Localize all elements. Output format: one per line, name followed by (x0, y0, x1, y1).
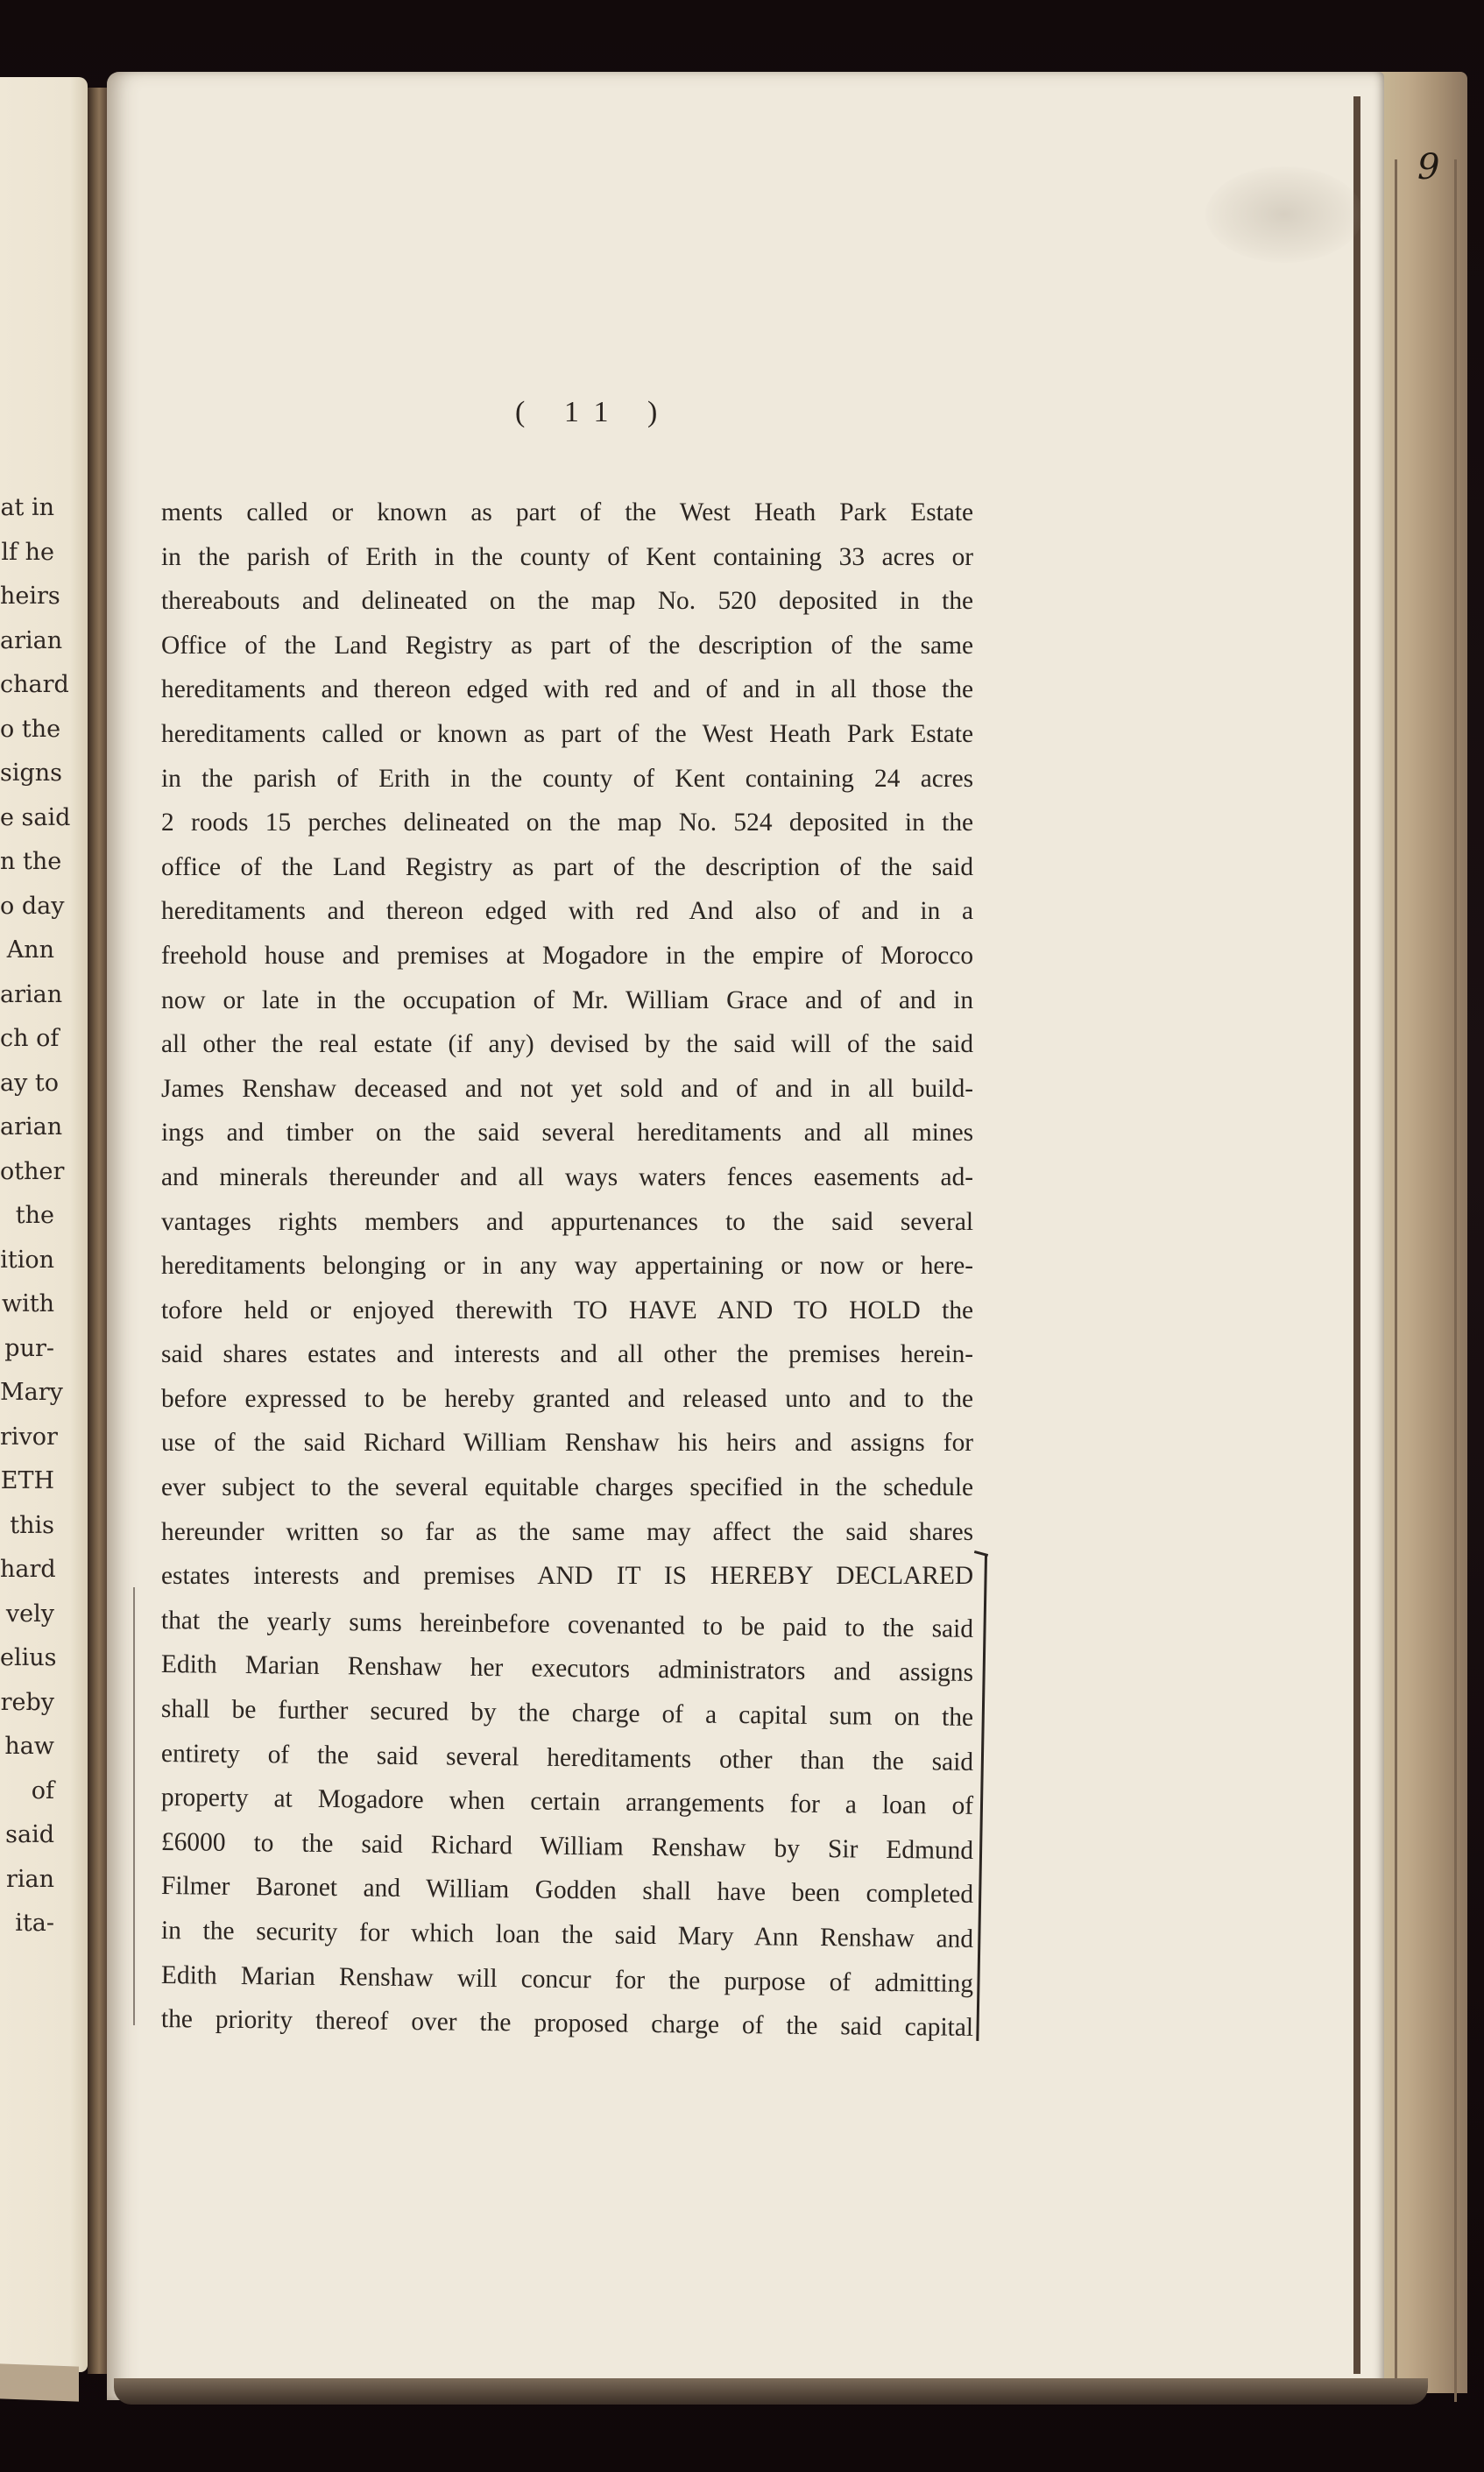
text-line: vantages rights members and appurtenance… (161, 1200, 973, 1245)
left-line: hard (0, 1548, 88, 1593)
text-line: Office of the Land Registry as part of t… (161, 624, 973, 668)
text-line: ings and timber on the said several here… (161, 1111, 973, 1155)
left-line: rian (0, 1858, 88, 1903)
text-line: use of the said Richard William Renshaw … (161, 1421, 973, 1466)
text-line: in the parish of Erith in the county of … (161, 535, 973, 580)
left-line: Mary (0, 1371, 88, 1416)
text-line: office of the Land Registry as part of t… (161, 845, 973, 890)
left-line: reby (0, 1681, 88, 1726)
bracketed-paragraph: that the yearly sums hereinbefore covena… (161, 1599, 990, 2042)
text-line: 2 roods 15 perches delineated on the map… (161, 801, 973, 845)
left-line: o day (0, 885, 88, 929)
left-line: vely (0, 1593, 88, 1637)
left-line: arian (0, 1105, 88, 1150)
left-line: said (0, 1813, 88, 1858)
left-line: at in (0, 486, 88, 531)
text-line: thereabouts and delineated on the map No… (161, 579, 973, 624)
text-line: James Renshaw deceased and not yet sold … (161, 1067, 973, 1112)
left-line: other (0, 1150, 88, 1195)
left-line: arian (0, 973, 88, 1018)
left-line: this (0, 1504, 88, 1549)
text-line: hereditaments called or known as part of… (161, 712, 973, 757)
left-line: ita- (0, 1902, 88, 1946)
text-line: ever subject to the several equitable ch… (161, 1466, 973, 1510)
left-line: signs (0, 752, 88, 796)
book-gutter (88, 88, 107, 2374)
left-line: ch of (0, 1017, 88, 1062)
left-line: the (0, 1194, 88, 1239)
page-number: ( 11 ) (515, 396, 673, 429)
left-line: chard (0, 663, 88, 708)
left-line: rivor (0, 1416, 88, 1460)
text-line: hereunder written so far as the same may… (161, 1510, 973, 1555)
text-line: hereditaments and thereon edged with red… (161, 667, 973, 712)
left-page-bottom-edge (0, 2363, 79, 2401)
text-line: hereditaments and thereon edged with red… (161, 889, 973, 934)
text-line: freehold house and premises at Mogadore … (161, 934, 973, 978)
left-line: e said (0, 796, 88, 841)
right-page-edge (1353, 96, 1360, 2374)
text-line: hereditaments belonging or in any way ap… (161, 1244, 973, 1289)
left-line: pur- (0, 1327, 88, 1372)
book-bottom-edge (114, 2378, 1428, 2405)
text-line: in the security for which loan the said … (161, 1909, 974, 1961)
left-line: with (0, 1282, 88, 1327)
left-line: n the (0, 840, 88, 885)
page-edge-line (1454, 159, 1457, 2402)
left-line: o the (0, 708, 88, 752)
text-line: all other the real estate (if any) devis… (161, 1022, 973, 1067)
text-line: said shares estates and interests and al… (161, 1332, 973, 1377)
page-edge-line (1395, 159, 1397, 2402)
handwritten-edge-mark: 9 (1417, 147, 1439, 187)
body-text: ments called or known as part of the Wes… (161, 491, 990, 2042)
text-line: estates interests and premises AND IT IS… (161, 1554, 973, 1599)
text-line: tofore held or enjoyed therewith TO HAVE… (161, 1289, 973, 1333)
fingerprint-smudge (1205, 166, 1363, 263)
text-line: before expressed to be hereby granted an… (161, 1377, 973, 1422)
text-line: shall be further secured by the charge o… (161, 1687, 974, 1740)
left-line: ition (0, 1239, 88, 1283)
left-line: haw (0, 1725, 88, 1769)
left-line: lf he (0, 531, 88, 576)
left-line: ETH (0, 1459, 88, 1504)
text-line: now or late in the occupation of Mr. Wil… (161, 978, 973, 1023)
pencil-mark-left (133, 1587, 135, 2025)
text-line: and minerals thereunder and all ways wat… (161, 1155, 973, 1200)
left-page-text: at in lf he heirs arian chard o the sign… (0, 486, 88, 1946)
left-line: Ann (0, 929, 88, 973)
left-line: of (0, 1769, 88, 1814)
left-line: ay to (0, 1062, 88, 1106)
left-line: heirs (0, 575, 88, 619)
left-line: arian (0, 619, 88, 664)
text-line: in the parish of Erith in the county of … (161, 757, 973, 802)
text-line: ments called or known as part of the Wes… (161, 491, 973, 535)
left-line: elius (0, 1636, 88, 1681)
text-line: the priority thereof over the proposed c… (161, 1997, 974, 2050)
